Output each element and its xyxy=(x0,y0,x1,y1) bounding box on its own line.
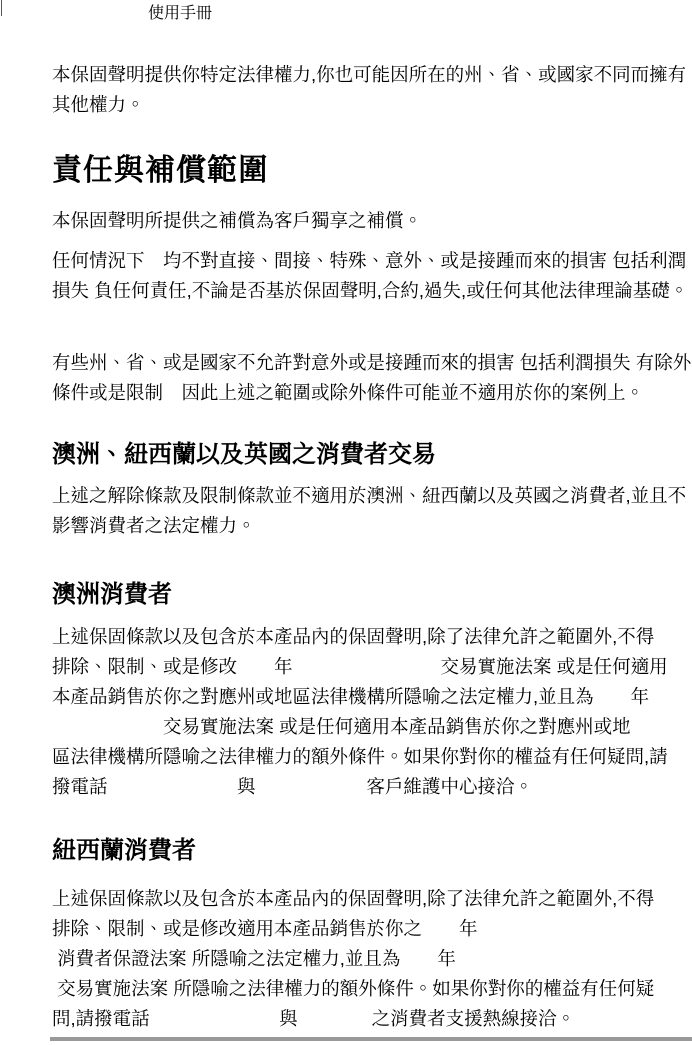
new-zealand-paragraph: 上述保固條款以及包含於本產品內的保固聲明,除了法律允許之範圍外,不得 排除、限制… xyxy=(52,884,692,1034)
manual-page: 使用手冊 本保固聲明提供你特定法律權力,你也可能因所在的州、省、或國家不同而擁有… xyxy=(0,0,692,1045)
section-title-liability: 責任與補償範圍 xyxy=(52,153,269,189)
footer-rule xyxy=(50,1037,692,1041)
section-title-australia-consumers: 澳洲消費者 xyxy=(52,580,172,610)
page-header: 使用手冊 xyxy=(148,4,212,24)
liability-paragraph-3: 有些州、省、或是國家不允許對意外或是接踵而來的損害 包括利潤損失 有除外條件或是… xyxy=(52,348,692,408)
australia-paragraph: 上述保固條款以及包含於本產品內的保固聲明,除了法律允許之範圍外,不得 排除、限制… xyxy=(52,622,692,802)
section-title-anz-uk-transactions: 澳洲、紐西蘭以及英國之消費者交易 xyxy=(52,440,436,470)
page-edge-mark xyxy=(1,0,2,16)
section-title-new-zealand-consumers: 紐西蘭消費者 xyxy=(52,836,196,866)
intro-paragraph: 本保固聲明提供你特定法律權力,你也可能因所在的州、省、或國家不同而擁有其他權力。 xyxy=(52,60,692,120)
liability-paragraph-2: 任何情況下 均不對直接、間接、特殊、意外、或是接踵而來的損害 包括利潤損失 負任… xyxy=(52,246,692,306)
liability-paragraph-1: 本保固聲明所提供之補償為客戶獨享之補償。 xyxy=(52,206,692,236)
anz-uk-paragraph: 上述之解除條款及限制條款並不適用於澳洲、紐西蘭以及英國之消費者,並且不影響消費者… xyxy=(52,481,692,541)
